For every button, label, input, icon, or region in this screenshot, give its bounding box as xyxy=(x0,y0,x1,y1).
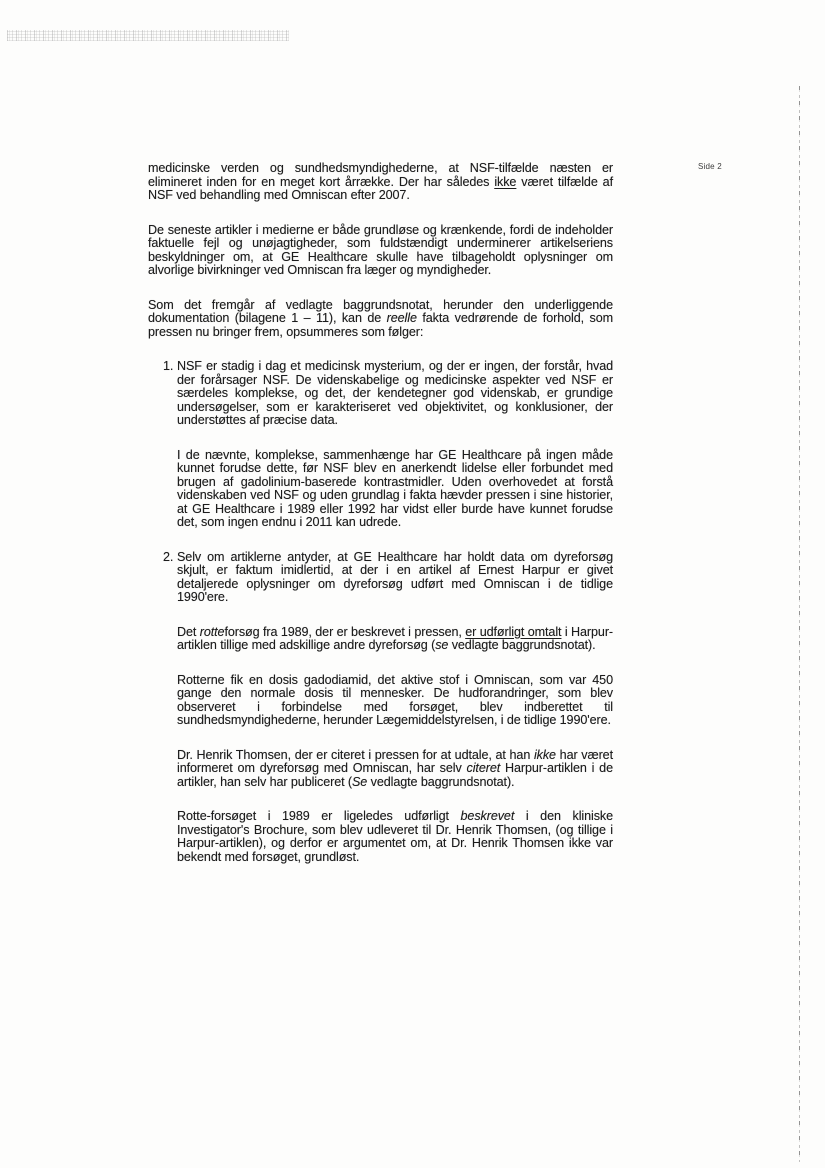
page-number-label: Side 2 xyxy=(698,162,722,171)
list-item-text: Selv om artiklerne antyder, at GE Health… xyxy=(177,551,613,605)
paragraph: medicinske verden og sundhedsmyndigheder… xyxy=(148,162,613,203)
text-run: citeret xyxy=(467,761,501,775)
list-sub-paragraph: Det rotteforsøg fra 1989, der er beskrev… xyxy=(177,626,613,653)
text-run: NSF er stadig i dag et medicinsk mysteri… xyxy=(177,359,613,427)
text-run: vedlagte baggrundsnotat). xyxy=(367,775,514,789)
paragraph: De seneste artikler i medierne er både g… xyxy=(148,224,613,278)
scanner-noise-strip xyxy=(7,30,289,41)
text-run: vedlagte baggrundsnotat). xyxy=(448,638,595,652)
list-item: 1.NSF er stadig i dag et medicinsk myste… xyxy=(148,360,613,428)
text-run: ikke xyxy=(534,748,556,762)
text-run: Det xyxy=(177,625,200,639)
text-run: De seneste artikler i medierne er både g… xyxy=(148,223,613,278)
text-run: ikke xyxy=(494,175,516,189)
list-number: 2. xyxy=(163,551,177,605)
scanned-document-page: Side 2 medicinske verden og sundhedsmynd… xyxy=(0,0,825,1168)
text-run: Se xyxy=(352,775,367,789)
list-sub-paragraph: Dr. Henrik Thomsen, der er citeret i pre… xyxy=(177,749,613,790)
list-sub-paragraph: Rotterne fik en dosis gadodiamid, det ak… xyxy=(177,674,613,728)
text-run: Rotte-forsøget i 1989 er ligeledes udfør… xyxy=(177,809,461,823)
list-item: 2.Selv om artiklerne antyder, at GE Heal… xyxy=(148,551,613,605)
paragraph: Som det fremgår af vedlagte baggrundsnot… xyxy=(148,299,613,340)
scan-fold-line xyxy=(799,86,800,1162)
text-run: Rotterne fik en dosis gadodiamid, det ak… xyxy=(177,673,613,728)
list-item-text: NSF er stadig i dag et medicinsk mysteri… xyxy=(177,360,613,428)
text-run: er udførligt omtalt xyxy=(465,625,561,639)
text-run: I de nævnte, komplekse, sammenhænge har … xyxy=(177,448,613,530)
text-run: rotte xyxy=(200,625,225,639)
text-run: Selv om artiklerne antyder, at GE Health… xyxy=(177,550,613,605)
text-run: se xyxy=(435,638,448,652)
list-sub-paragraph: Rotte-forsøget i 1989 er ligeledes udfør… xyxy=(177,810,613,864)
text-run: Dr. Henrik Thomsen, der er citeret i pre… xyxy=(177,748,534,762)
list-number: 1. xyxy=(163,360,177,428)
text-run: reelle xyxy=(387,311,417,325)
list-sub-paragraph: I de nævnte, komplekse, sammenhænge har … xyxy=(177,449,613,530)
document-body: medicinske verden og sundhedsmyndigheder… xyxy=(148,162,613,885)
text-run: beskrevet xyxy=(461,809,515,823)
text-run: forsøg fra 1989, der er beskrevet i pres… xyxy=(224,625,465,639)
